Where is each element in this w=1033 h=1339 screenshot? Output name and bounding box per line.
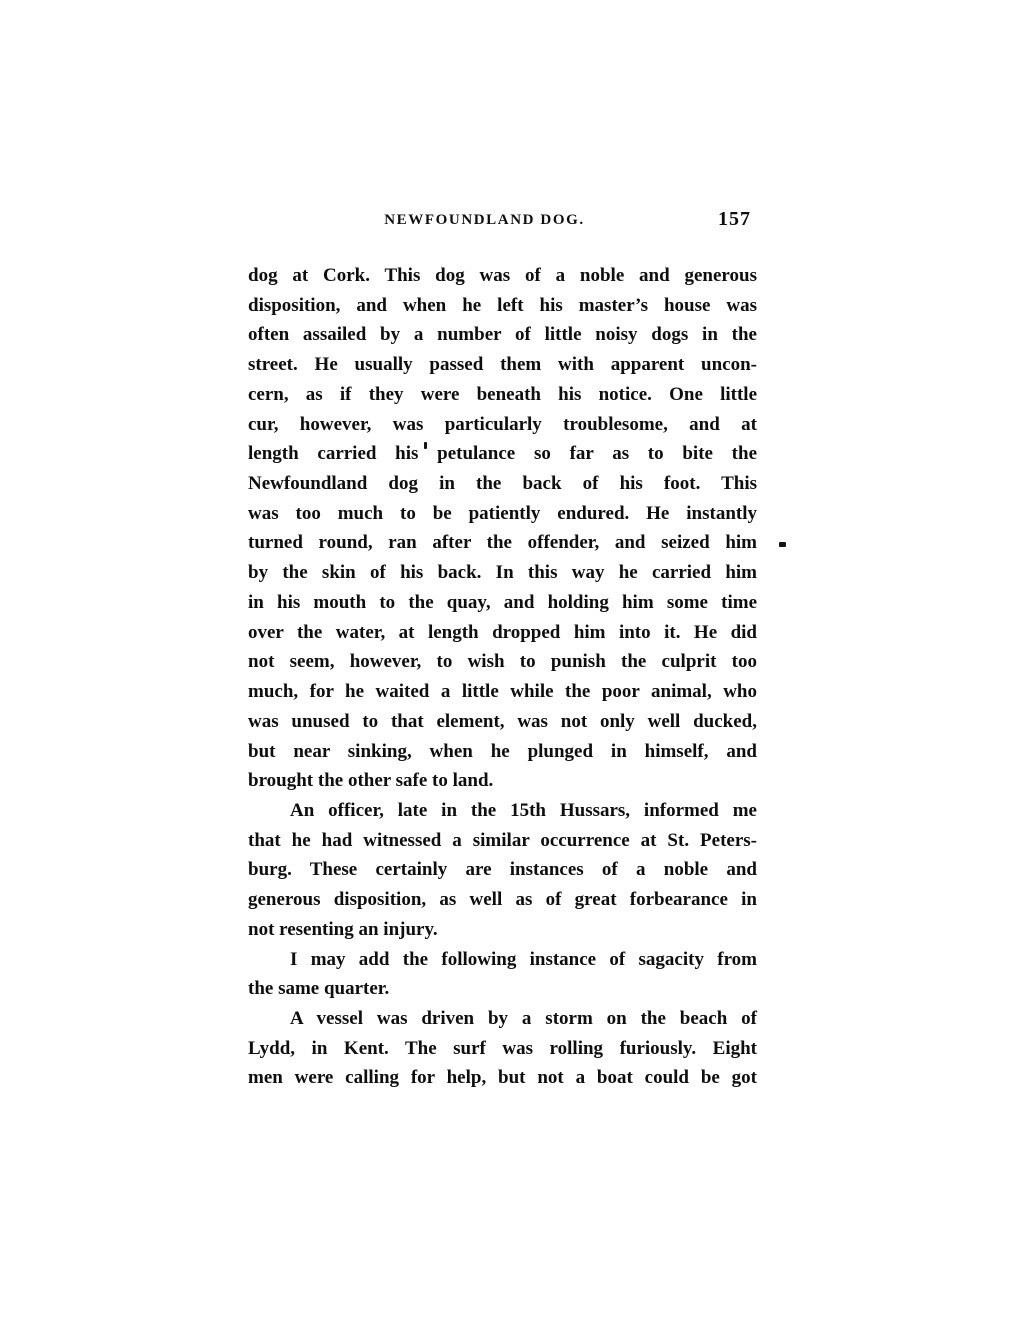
text-line: An officer, late in the 15th Hussars, in… <box>248 796 757 826</box>
text-line: A vessel was driven by a storm on the be… <box>248 1004 757 1034</box>
text-line: the same quarter. <box>248 974 757 1004</box>
page-number: 157 <box>718 208 751 231</box>
text-line: often assailed by a number of little noi… <box>248 320 757 350</box>
text-line: men were calling for help, but not a boa… <box>248 1063 757 1093</box>
text-line: not resenting an injury. <box>248 915 757 945</box>
text-line: burg. These certainly are instances of a… <box>248 855 757 885</box>
book-page: NEWFOUNDLAND DOG. 157 dog at Cork. This … <box>0 0 1033 1339</box>
text-line: was unused to that element, was not only… <box>248 707 757 737</box>
text-line: not seem, however, to wish to punish the… <box>248 647 757 677</box>
text-line: dog at Cork. This dog was of a noble and… <box>248 261 757 291</box>
ink-speck <box>779 542 786 547</box>
text-line: Newfoundland dog in the back of his foot… <box>248 469 757 499</box>
running-title: NEWFOUNDLAND DOG. <box>230 212 739 229</box>
text-line: turned round, ran after the offender, an… <box>248 528 757 558</box>
text-line: but near sinking, when he plunged in him… <box>248 737 757 767</box>
text-line: over the water, at length dropped him in… <box>248 618 757 648</box>
text-line: in his mouth to the quay, and holding hi… <box>248 588 757 618</box>
text-line: that he had witnessed a similar occurren… <box>248 826 757 856</box>
text-line: street. He usually passed them with appa… <box>248 350 757 380</box>
text-line: length carried his petulance so far as t… <box>248 439 757 469</box>
text-line: I may add the following instance of saga… <box>248 945 757 975</box>
page-body: dog at Cork. This dog was of a noble and… <box>248 261 757 1093</box>
text-line: disposition, and when he left his master… <box>248 291 757 321</box>
running-head: NEWFOUNDLAND DOG. 157 <box>248 212 757 236</box>
text-line: by the skin of his back. In this way he … <box>248 558 757 588</box>
text-line: brought the other safe to land. <box>248 766 757 796</box>
text-line: was too much to be patiently endured. He… <box>248 499 757 529</box>
ink-speck <box>424 442 427 449</box>
text-line: generous disposition, as well as of grea… <box>248 885 757 915</box>
text-line: cur, however, was particularly troubleso… <box>248 410 757 440</box>
text-line: much, for he waited a little while the p… <box>248 677 757 707</box>
text-line: cern, as if they were beneath his notice… <box>248 380 757 410</box>
text-line: Lydd, in Kent. The surf was rolling furi… <box>248 1034 757 1064</box>
